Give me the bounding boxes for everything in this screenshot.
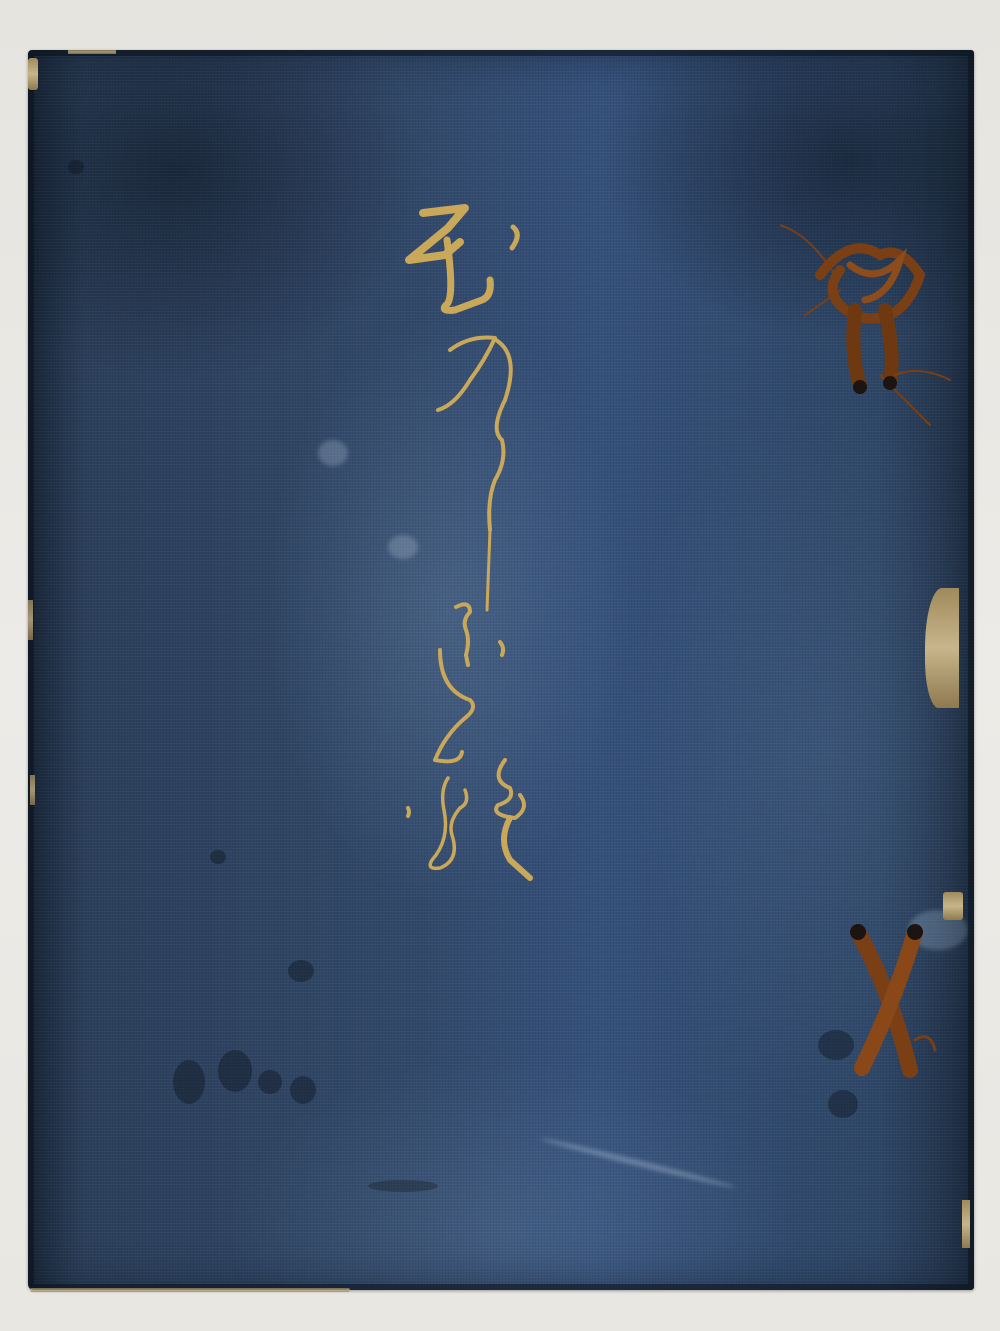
torn-cloth-right-edge — [925, 588, 959, 708]
scuff-mark — [540, 1136, 736, 1190]
stain — [218, 1050, 252, 1092]
worn-patch-right-lower — [962, 1200, 970, 1248]
worn-edge-top — [68, 50, 116, 54]
stain — [288, 960, 314, 982]
stain — [828, 1090, 858, 1118]
stain — [290, 1076, 316, 1104]
thread-tie-lower — [840, 920, 950, 1090]
frayed-edge-left-lower — [30, 775, 35, 805]
stain — [368, 1180, 438, 1192]
stain — [210, 850, 226, 864]
scuff-mark — [318, 440, 348, 466]
frayed-edge-bottom — [30, 1288, 350, 1292]
worn-patch-right — [943, 892, 963, 920]
worn-corner-top-left — [28, 58, 38, 90]
stain — [68, 160, 84, 174]
frayed-edge-left — [28, 600, 33, 640]
stain — [173, 1060, 205, 1104]
stain — [258, 1070, 282, 1094]
thread-tie-upper — [780, 215, 960, 435]
scuff-mark — [388, 535, 418, 559]
